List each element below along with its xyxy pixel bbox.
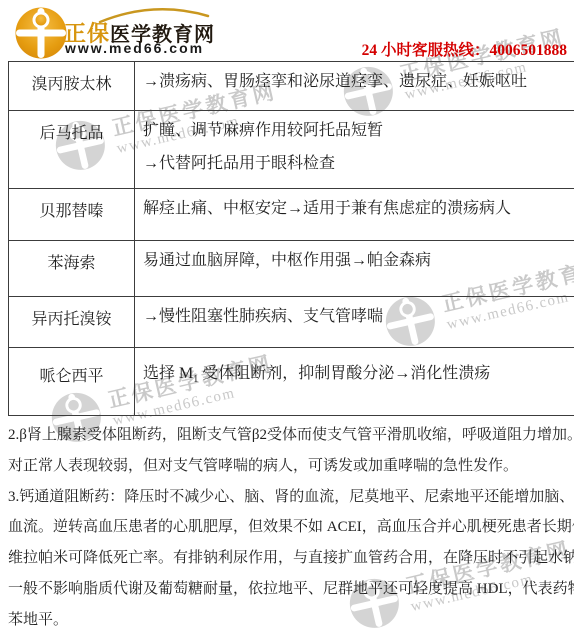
- drug-name-cell: 苯海索: [9, 241, 135, 296]
- drug-name-cell: 溴丙胺太林: [9, 62, 135, 110]
- paragraph-line: 一般不影响脂质代谢及葡萄糖耐量，依拉地平、尼群地平还可轻度提高 HDL，代表药物…: [8, 574, 574, 605]
- drug-name-cell: 异丙托溴铵: [9, 297, 135, 347]
- drug-name-cell: 贝那替嗪: [9, 189, 135, 240]
- desc-line: →代替阿托品用于眼科检查: [143, 153, 574, 175]
- body-text: 2.β肾上腺素受体阻断药，阻断支气管β2受体而使支气管平滑肌收缩，呼吸道阻力增加…: [8, 420, 574, 636]
- paragraph-line: 2.β肾上腺素受体阻断药，阻断支气管β2受体而使支气管平滑肌收缩，呼吸道阻力增加…: [8, 420, 574, 451]
- drug-name-cell: 哌仑西平: [9, 348, 135, 415]
- drug-desc-cell: 解痉止痛、中枢安定→适用于兼有焦虑症的溃疡病人: [135, 189, 574, 240]
- website-url: www.med66.com: [65, 40, 204, 56]
- table-row: 贝那替嗪 解痉止痛、中枢安定→适用于兼有焦虑症的溃疡病人: [9, 189, 574, 241]
- desc-text: 受体阻断剂，抑制胃酸分泌→消化性溃疡: [198, 365, 490, 382]
- table-row: 苯海索 易通过血脑屏障，中枢作用强→帕金森病: [9, 241, 574, 297]
- drug-table: 溴丙胺太林 →溃疡病、胃肠痉挛和泌尿道痉挛、遗尿症、妊娠呕吐 后马托品 扩瞳、调…: [8, 61, 574, 416]
- medical-cross-logo-icon: [15, 7, 67, 59]
- desc-text: 选择 M: [143, 365, 193, 382]
- drug-name-cell: 后马托品: [9, 111, 135, 188]
- table-row: 异丙托溴铵 →慢性阻塞性肺疾病、支气管哮喘: [9, 297, 574, 348]
- paragraph-line: 维拉帕米可降低死亡率。有排钠利尿作用，与直接扩血管药合用，在降压时不引起水钠潴留…: [8, 543, 574, 574]
- drug-desc-cell: 扩瞳、调节麻痹作用较阿托品短暂 →代替阿托品用于眼科检查: [135, 111, 574, 188]
- customer-hotline: 24 小时客服热线：4006501888: [362, 38, 567, 60]
- paragraph-line: 苯地平。: [8, 605, 574, 636]
- drug-desc-cell: →溃疡病、胃肠痉挛和泌尿道痉挛、遗尿症、妊娠呕吐: [135, 62, 574, 110]
- paragraph-line: 对正常人表现较弱，但对支气管哮喘的病人，可诱发或加重哮喘的急性发作。: [8, 451, 574, 482]
- table-row: 溴丙胺太林 →溃疡病、胃肠痉挛和泌尿道痉挛、遗尿症、妊娠呕吐: [9, 62, 574, 111]
- document-page: 正保医学教育网 www.med66.com 正保医学教育网 www.med66.…: [0, 0, 574, 641]
- drug-desc-cell: 易通过血脑屏障，中枢作用强→帕金森病: [135, 241, 574, 296]
- table-row: 哌仑西平 选择 M1 受体阻断剂，抑制胃酸分泌→消化性溃疡: [9, 348, 574, 416]
- desc-line: 扩瞳、调节麻痹作用较阿托品短暂: [143, 120, 574, 142]
- paragraph-line: 3.钙通道阻断药：降压时不减少心、脑、肾的血流，尼莫地平、尼索地平还能增加脑、冠…: [8, 482, 574, 513]
- drug-desc-cell: →慢性阻塞性肺疾病、支气管哮喘: [135, 297, 574, 347]
- table-row: 后马托品 扩瞳、调节麻痹作用较阿托品短暂 →代替阿托品用于眼科检查: [9, 111, 574, 189]
- drug-desc-cell: 选择 M1 受体阻断剂，抑制胃酸分泌→消化性溃疡: [135, 348, 574, 415]
- paragraph-line: 血流。逆转高血压患者的心肌肥厚，但效果不如 ACEI，高血压合并心肌梗死患者长期…: [8, 512, 574, 543]
